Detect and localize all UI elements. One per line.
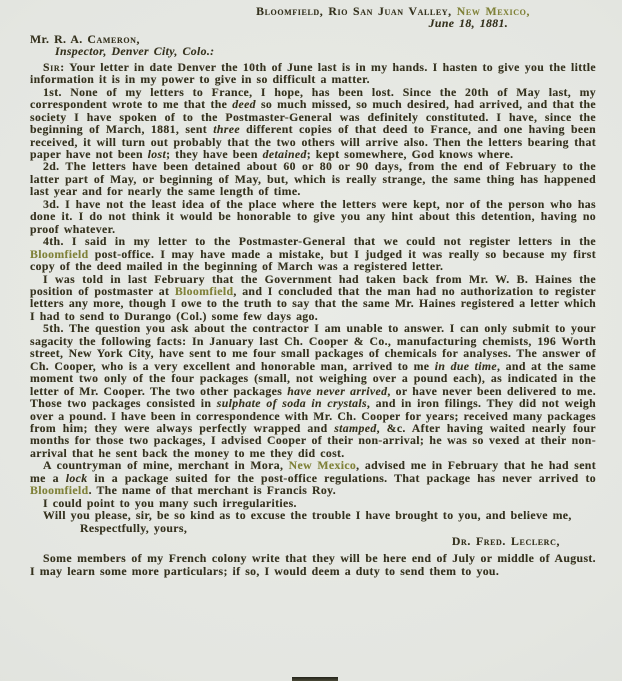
paragraph-1st: 1st. None of my letters to France, I hop… <box>30 86 596 161</box>
text-run: post-office. I may have made a mistake, … <box>30 247 596 273</box>
paragraph-2d: 2d. The letters have been detained about… <box>30 160 596 197</box>
text-run: 2d. The letters have been detained about… <box>30 159 596 198</box>
paragraph-4th: 4th. I said in my letter to the Postmast… <box>30 235 596 272</box>
text-run: Inspector, Denver City, Colo.: <box>55 44 214 58</box>
paragraph-salutation: Sir: Your letter in date Denver the 10th… <box>30 61 596 86</box>
scan-artifact <box>292 677 338 681</box>
text-run: Dr. Fred. Leclerc, <box>452 534 560 548</box>
letter: Bloomfield, Rio San Juan Valley, New Mex… <box>30 5 596 577</box>
text-run: Some members of my French colony write t… <box>30 551 596 577</box>
recipient-title: Inspector, Denver City, Colo.: <box>30 45 596 57</box>
signoff: Respectfully, yours, <box>30 522 596 534</box>
scanned-letter-page: Bloomfield, Rio San Juan Valley, New Mex… <box>0 0 622 681</box>
paragraph-countryman: A countryman of mine, merchant in Mora, … <box>30 459 596 496</box>
date-line: June 18, 1881. <box>30 17 596 29</box>
place-dateline: Bloomfield, Rio San Juan Valley, New Mex… <box>30 5 596 17</box>
paragraph-5th: 5th. The question you ask about the cont… <box>30 322 596 459</box>
text-run: Bloomfield, Rio San Juan Valley, <box>256 4 457 18</box>
text-run: Respectfully, yours, <box>80 521 187 535</box>
postscript: Some members of my French colony write t… <box>30 552 596 577</box>
signature: Dr. Fred. Leclerc, <box>30 535 596 547</box>
paragraph-3d: 3d. I have not the least idea of the pla… <box>30 198 596 235</box>
text-run: 3d. I have not the least idea of the pla… <box>30 197 596 236</box>
text-run: : Your letter in date Denver the 10th of… <box>30 60 596 86</box>
paragraph-haines: I was told in last February that the Gov… <box>30 273 596 323</box>
text-run: June 18, 1881. <box>429 16 508 30</box>
